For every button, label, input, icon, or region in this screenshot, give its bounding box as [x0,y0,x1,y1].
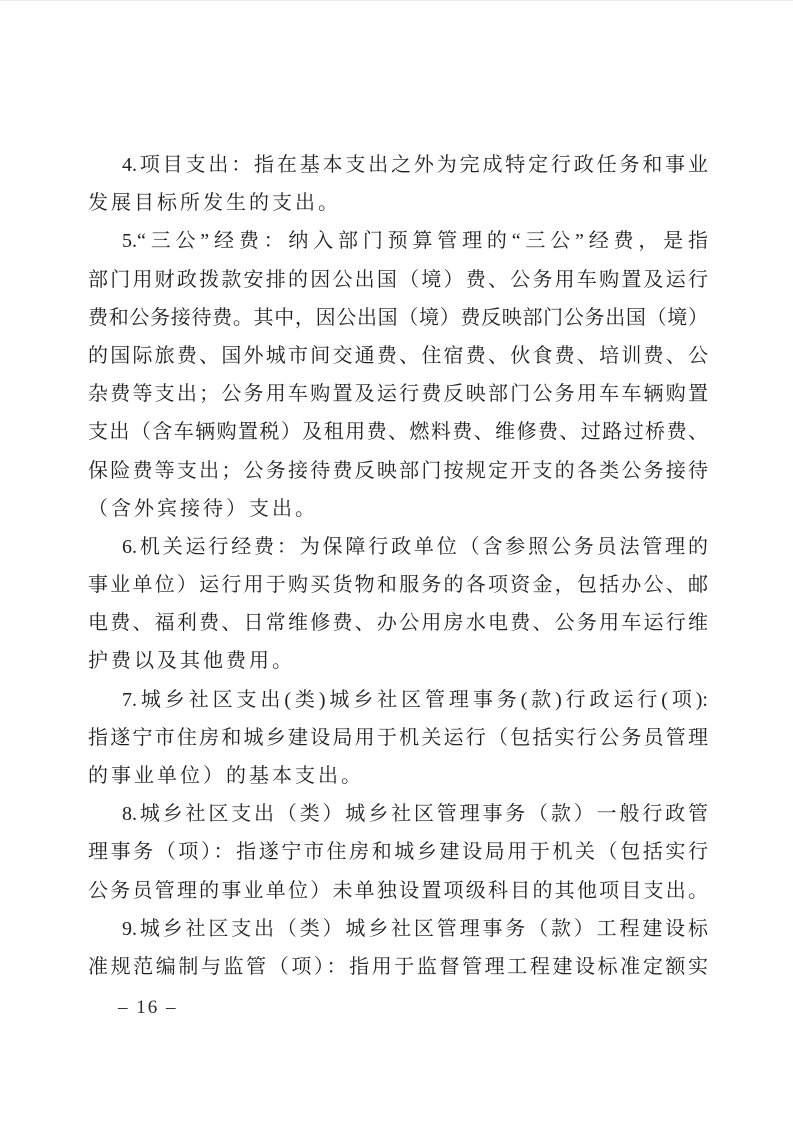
text-line: 支出（含车辆购置税）及租用费、燃料费、维修费、过路过桥费、 [88,413,708,451]
text-line: 杂费等支出；公务用车购置及运行费反映部门公务用车车辆购置 [88,375,708,413]
text-line: 准规范编制与监管（项）：指用于监督管理工程建设标准定额实 [88,948,708,986]
text-line: 的事业单位）的基本支出。 [88,757,708,795]
text-line: 电费、福利费、日常维修费、办公用房水电费、公务用车运行维 [88,604,708,642]
text-line: 护费以及其他费用。 [88,642,708,680]
text-line: 6.机关运行经费：为保障行政单位（含参照公务员法管理的 [88,528,708,566]
text-line: 理事务（项）：指遂宁市住房和城乡建设局用于机关（包括实行 [88,833,708,871]
text-line: 公务员管理的事业单位）未单独设置项级科目的其他项目支出。 [88,872,708,910]
document-page: 4.项目支出：指在基本支出之外为完成特定行政任务和事业发展目标所发生的支出。5.… [0,0,793,1123]
text-block: 4.项目支出：指在基本支出之外为完成特定行政任务和事业发展目标所发生的支出。5.… [88,146,708,986]
text-line: 指遂宁市住房和城乡建设局用于机关运行（包括实行公务员管理 [88,719,708,757]
text-line: 4.项目支出：指在基本支出之外为完成特定行政任务和事业 [88,146,708,184]
text-line: 8.城乡社区支出（类）城乡社区管理事务（款）一般行政管 [88,795,708,833]
text-line: 保险费等支出；公务接待费反映部门按规定开支的各类公务接待 [88,452,708,490]
text-line: 5.“三公”经费：纳入部门预算管理的“三公”经费，是指 [88,222,708,260]
text-line: （含外宾接待）支出。 [88,490,708,528]
page-number: – 16 – [118,997,178,1019]
text-line: 部门用财政拨款安排的因公出国（境）费、公务用车购置及运行 [88,261,708,299]
text-line: 事业单位）运行用于购买货物和服务的各项资金，包括办公、邮 [88,566,708,604]
text-line: 9.城乡社区支出（类）城乡社区管理事务（款）工程建设标 [88,910,708,948]
text-line: 发展目标所发生的支出。 [88,184,708,222]
text-line: 费和公务接待费。其中，因公出国（境）费反映部门公务出国（境） [88,299,708,337]
text-line: 的国际旅费、国外城市间交通费、住宿费、伙食费、培训费、公 [88,337,708,375]
text-line: 7.城乡社区支出(类)城乡社区管理事务(款)行政运行(项): [88,681,708,719]
